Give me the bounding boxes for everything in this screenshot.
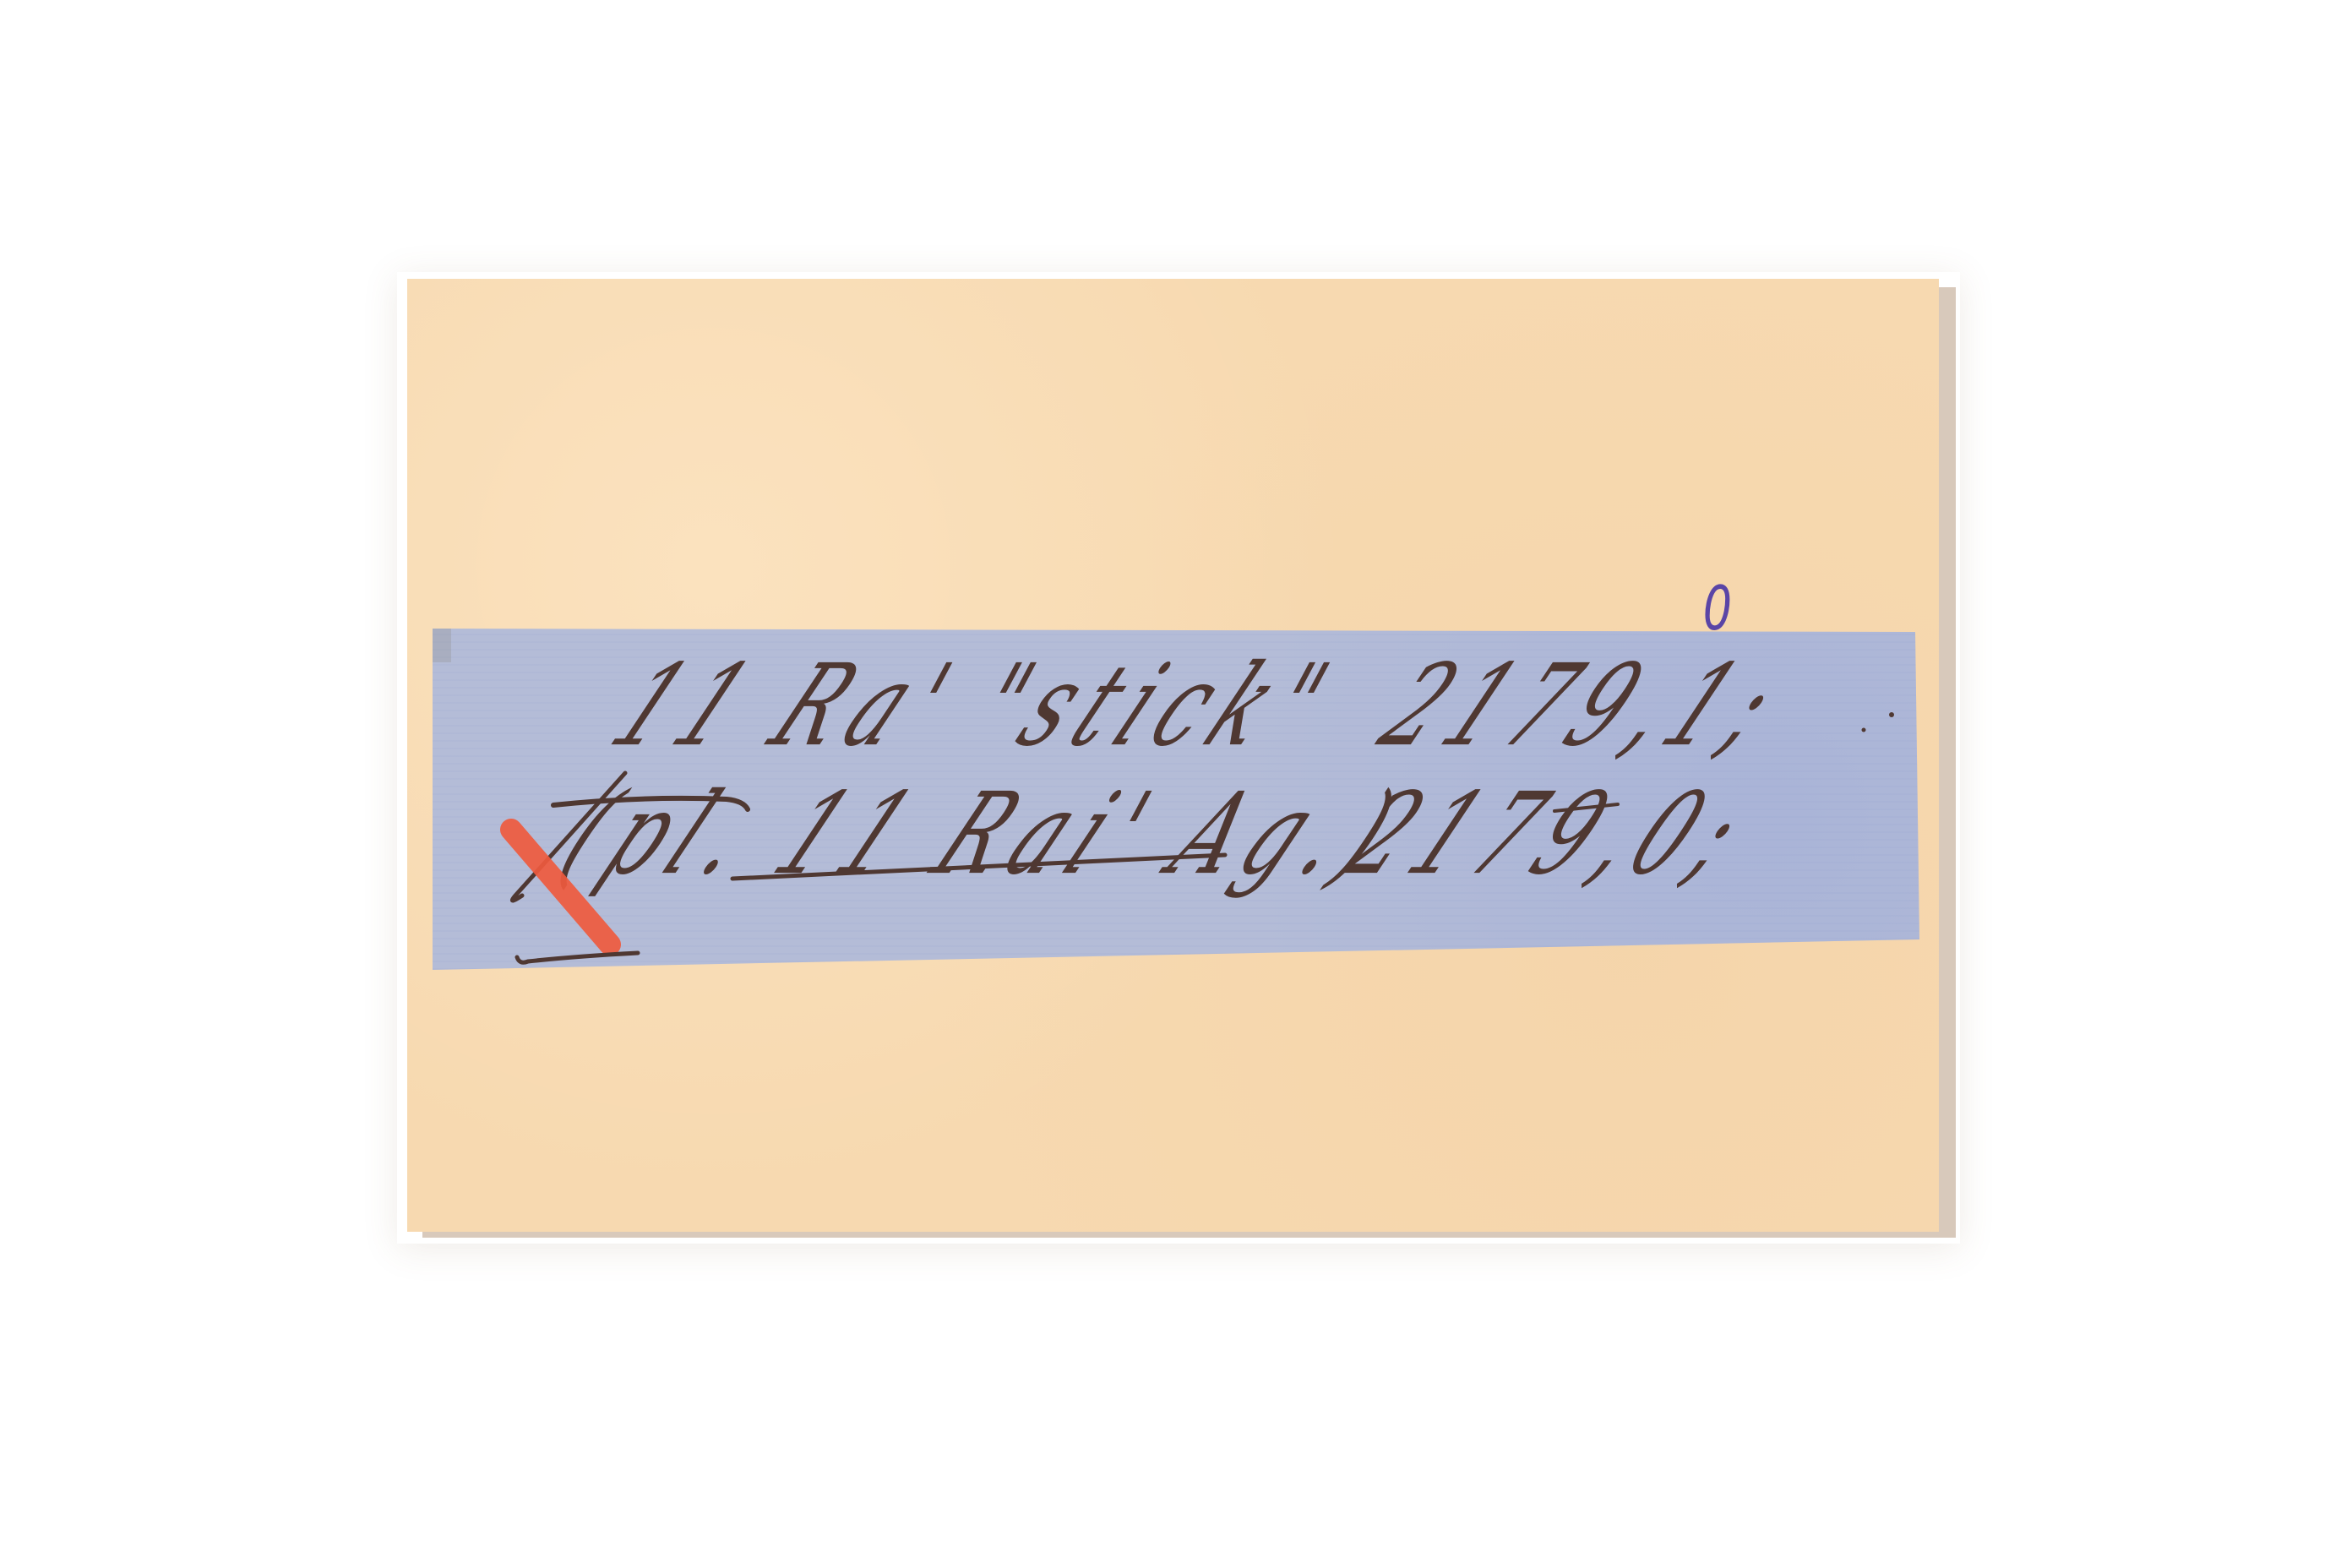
handwritten-line-1-text: 11 Ra' "stick" — [591, 640, 1361, 771]
handwritten-line-2-number: 2179,0; — [1326, 769, 1777, 900]
handwritten-line-1-number: 2179,1; — [1360, 640, 1810, 771]
handwritten-line-2-text: (pl. 11 Rai' Ag.) — [541, 769, 1428, 900]
strip-stain — [433, 629, 451, 662]
